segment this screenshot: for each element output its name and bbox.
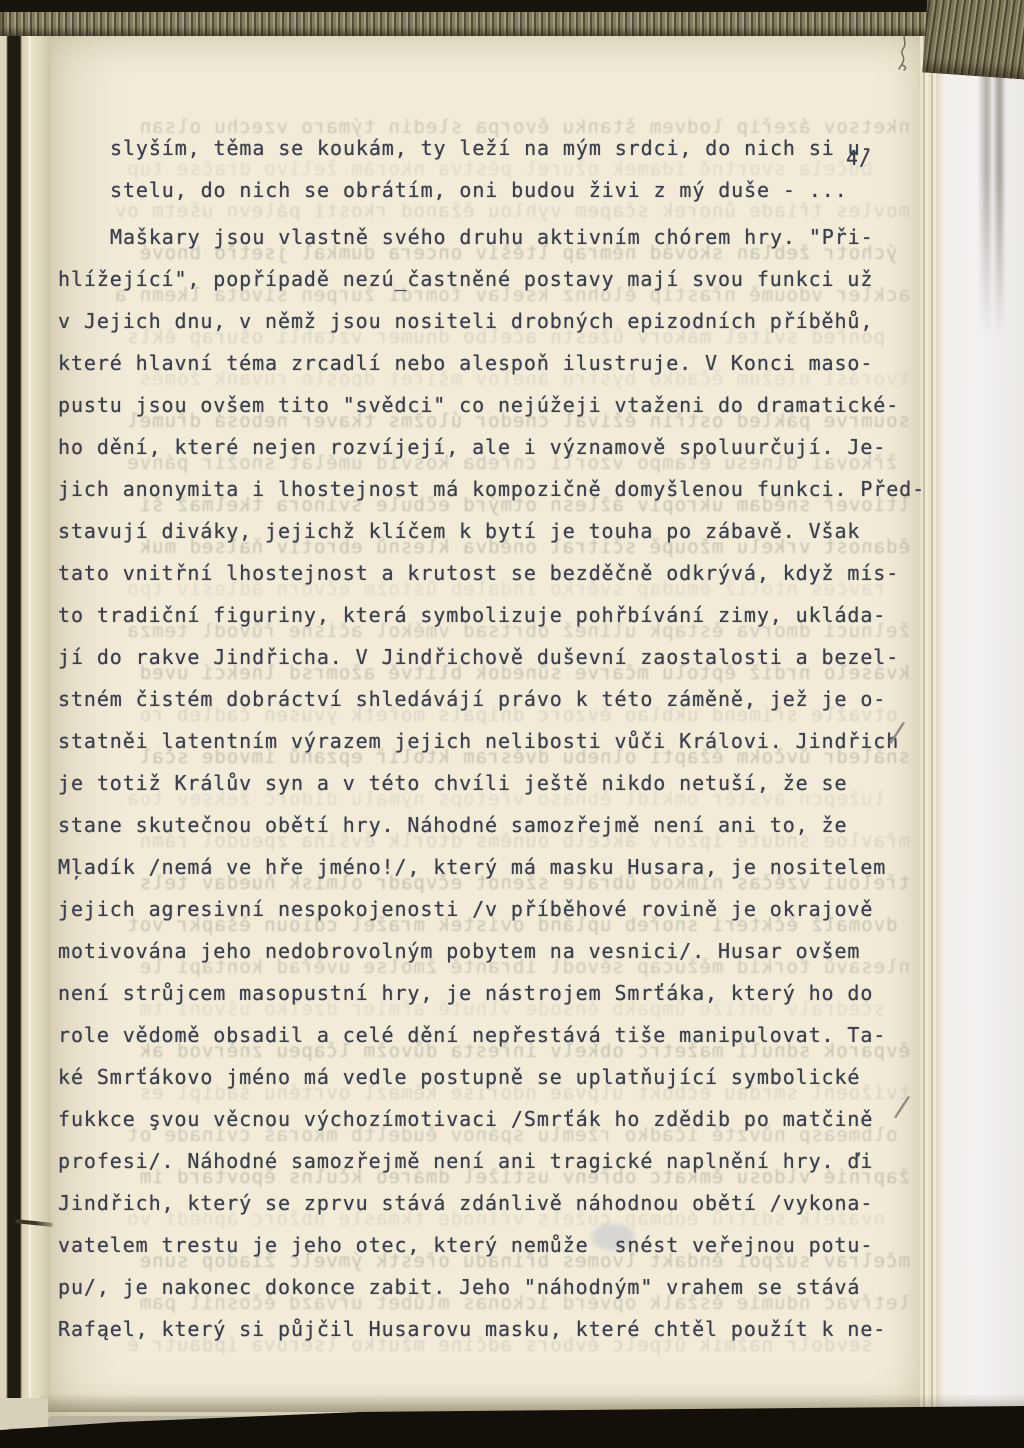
typed-line: jejich agresivní nespokojenosti /v příbě… (58, 888, 916, 930)
typed-line: které hlavní téma zrcadlí nebo alespoň i… (58, 342, 916, 384)
typed-line: ho dění, které nejen rozvíjejí, ale i vý… (58, 426, 916, 468)
typed-line: Maškary jsou vlastně svého druhu aktivní… (58, 216, 916, 258)
typed-line: hlížející", popřípadě nezú_častněné post… (58, 258, 916, 300)
left-fold-highlight (29, 26, 31, 1406)
paragraph-body: Maškary jsou vlastně svého druhu aktivní… (58, 216, 916, 1350)
left-page-edge (19, 22, 50, 1418)
typed-line: fukkce şvou věcnou výchozímotivaci /Smrť… (58, 1098, 916, 1140)
typed-line: slyším, těma se koukám, ty leží na mým s… (110, 127, 916, 169)
page-number-superscript: 4/ (846, 146, 872, 170)
typed-line: stelu, do nich se obrátím, oni budou živ… (110, 169, 916, 211)
page-edge-streaks (978, 40, 1008, 340)
gutter-shadow-strip (7, 10, 21, 1402)
typed-line: Rafąel, který si půjčil Husarovu masku, … (58, 1308, 916, 1350)
typed-line: stném čistém dobráctví shledávájí právo … (58, 678, 916, 720)
typed-line: v Jejich dnu, v němž jsou nositeli drobn… (58, 300, 916, 342)
typed-line: je totiž Králův syn a v této chvíli ješt… (58, 762, 916, 804)
typed-line: motivována jeho nedobrovolným pobytem na… (58, 930, 916, 972)
typed-line: jí do rakve Jindřicha. V Jindřichově duš… (58, 636, 916, 678)
typed-line: pu/, je nakonec dokonce zabit. Jeho "náh… (58, 1266, 916, 1308)
typed-text-layer: slyším, těma se koukám, ty leží na mým s… (58, 127, 916, 1350)
typed-line: statněi latentním výrazem jejich nelibos… (58, 720, 916, 762)
typed-line: jich anonymita i lhostejnost má kompozič… (58, 468, 916, 510)
right-fold-ridges (920, 34, 936, 1420)
scanned-typescript-page: nketsov ázeřip lodvem štanku ěvorpa sled… (0, 0, 1024, 1448)
typed-line: Jindřich, který se zprvu stává zdánlivě … (58, 1182, 916, 1224)
typed-line: není strůjcem masopustní hry, je nástroj… (58, 972, 916, 1014)
typed-line: Mļadík /nemá ve hře jméno!/, který má ma… (58, 846, 916, 888)
typed-line: vatelem trestu je jeho otec, který nemůž… (58, 1224, 916, 1266)
typed-line: to tradiční figuriny, která symbolizuje … (58, 594, 916, 636)
typed-line: stavují diváky, jejichž klíčem k bytí je… (58, 510, 916, 552)
page-bottom-curl (0, 1398, 48, 1428)
typed-line: role vědomě obsadil a celé dění nepřestá… (58, 1014, 916, 1056)
binding-fabric-corner (922, 0, 1024, 80)
typed-line: tato vnitřní lhostejnost a krutost se be… (58, 552, 916, 594)
typed-line: ké Smrťákovo jméno má vedle postupně se … (58, 1056, 916, 1098)
typed-line: stane skutečnou obětí hry. Náhodné samoz… (58, 804, 916, 846)
scan-top-border (0, 0, 1024, 12)
typed-line: profesi/. Náhodné samozřejmě není ani tr… (58, 1140, 916, 1182)
paragraph-quote-continuation: slyším, těma se koukám, ty leží na mým s… (110, 127, 916, 211)
typed-line: pustu jsou ovšem tito "svědci" co nejúže… (58, 384, 916, 426)
